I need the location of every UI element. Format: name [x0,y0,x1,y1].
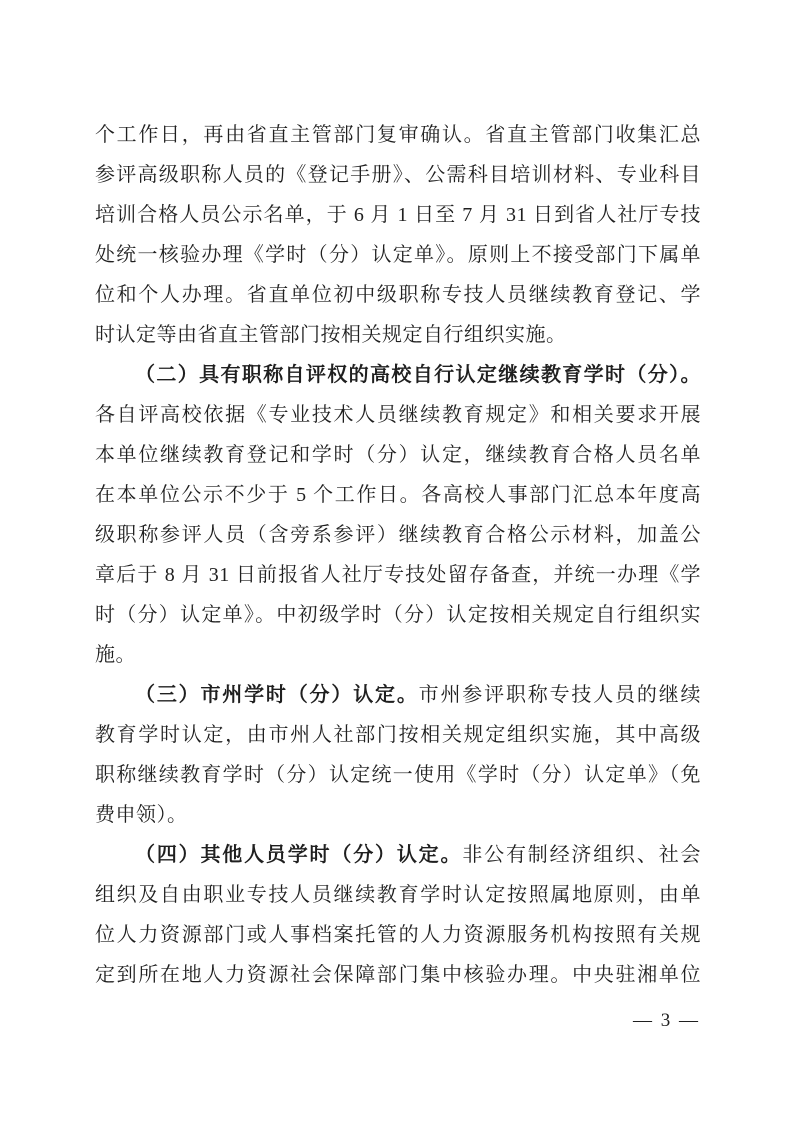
text-line: 组织及自由职业专技人员继续教育学时认定按照属地原则，由单 [95,875,701,915]
text-line: 时认定等由省直主管部门按相关规定自行组织实施。 [95,315,701,355]
text-segment: 在本单位公示不少于 5 个工作日。各高校人事部门汇总本年度高 [95,484,701,506]
page-body-text: 个工作日，再由省直主管部门复审确认。省直主管部门收集汇总参评高级职称人员的《登记… [95,115,701,995]
text-segment: 级职称参评人员（含旁系参评）继续教育合格公示材料，加盖公 [95,524,701,546]
text-segment: 处统一核验办理《学时（分）认定单》。原则上不接受部门下属单 [95,244,701,266]
text-segment: 非公有制经济组织、社会 [462,844,701,866]
text-line: 位人力资源部门或人事档案托管的人力资源服务机构按照有关规 [95,915,701,955]
text-segment: 市州参评职称专技人员的继续 [419,684,701,706]
heading-segment: （四）其他人员学时（分）认定。 [135,844,462,866]
text-line: 在本单位公示不少于 5 个工作日。各高校人事部门汇总本年度高 [95,475,701,515]
text-segment: 组织及自由职业专技人员继续教育学时认定按照属地原则，由单 [95,884,701,906]
text-line: （四）其他人员学时（分）认定。非公有制经济组织、社会 [95,835,701,875]
text-segment: 职称继续教育学时（分）认定统一使用《学时（分）认定单》（免 [95,764,701,786]
text-line: 参评高级职称人员的《登记手册》、公需科目培训材料、专业科目 [95,155,701,195]
text-segment: 时认定等由省直主管部门按相关规定自行组织实施。 [95,324,567,346]
text-segment: 时（分）认定单》。中初级学时（分）认定按相关规定自行组织实 [95,604,701,626]
text-line: 个工作日，再由省直主管部门复审确认。省直主管部门收集汇总 [95,115,701,155]
document-page: 个工作日，再由省直主管部门复审确认。省直主管部门收集汇总参评高级职称人员的《登记… [0,0,793,1122]
text-line: 位和个人办理。省直单位初中级职称专技人员继续教育登记、学 [95,275,701,315]
text-line: 章后于 8 月 31 日前报省人社厅专技处留存备查，并统一办理《学 [95,555,701,595]
text-segment: 各自评高校依据《专业技术人员继续教育规定》和相关要求开展 [95,404,701,426]
text-segment: 培训合格人员公示名单，于 6 月 1 日至 7 月 31 日到省人社厅专技 [95,204,701,226]
text-line: （三）市州学时（分）认定。市州参评职称专技人员的继续 [95,675,701,715]
heading-segment: （二）具有职称自评权的高校自行认定继续教育学时（分）。 [135,364,701,386]
text-line: 教育学时认定，由市州人社部门按相关规定组织实施，其中高级 [95,715,701,755]
text-line: 各自评高校依据《专业技术人员继续教育规定》和相关要求开展 [95,395,701,435]
text-segment: 费申领）。 [95,804,188,826]
text-segment: 施。 [95,644,136,666]
text-line: 级职称参评人员（含旁系参评）继续教育合格公示材料，加盖公 [95,515,701,555]
text-segment: 位和个人办理。省直单位初中级职称专技人员继续教育登记、学 [95,284,701,306]
text-segment: 章后于 8 月 31 日前报省人社厅专技处留存备查，并统一办理《学 [95,564,701,586]
text-line: 定到所在地人力资源社会保障部门集中核验办理。中央驻湘单位 [95,955,701,995]
text-segment: 本单位继续教育登记和学时（分）认定，继续教育合格人员名单 [95,444,701,466]
page-number: — 3 — [633,1008,700,1034]
text-line: 施。 [95,635,701,675]
text-line: 费申领）。 [95,795,701,835]
text-line: 培训合格人员公示名单，于 6 月 1 日至 7 月 31 日到省人社厅专技 [95,195,701,235]
text-line: （二）具有职称自评权的高校自行认定继续教育学时（分）。 [95,355,701,395]
text-segment: 位人力资源部门或人事档案托管的人力资源服务机构按照有关规 [95,924,701,946]
text-segment: 教育学时认定，由市州人社部门按相关规定组织实施，其中高级 [95,724,701,746]
text-line: 处统一核验办理《学时（分）认定单》。原则上不接受部门下属单 [95,235,701,275]
text-segment: 参评高级职称人员的《登记手册》、公需科目培训材料、专业科目 [95,164,701,186]
text-line: 时（分）认定单》。中初级学时（分）认定按相关规定自行组织实 [95,595,701,635]
text-segment: 个工作日，再由省直主管部门复审确认。省直主管部门收集汇总 [95,124,701,146]
text-segment: 定到所在地人力资源社会保障部门集中核验办理。中央驻湘单位 [95,964,701,986]
text-line: 职称继续教育学时（分）认定统一使用《学时（分）认定单》（免 [95,755,701,795]
text-line: 本单位继续教育登记和学时（分）认定，继续教育合格人员名单 [95,435,701,475]
heading-segment: （三）市州学时（分）认定。 [135,684,419,706]
